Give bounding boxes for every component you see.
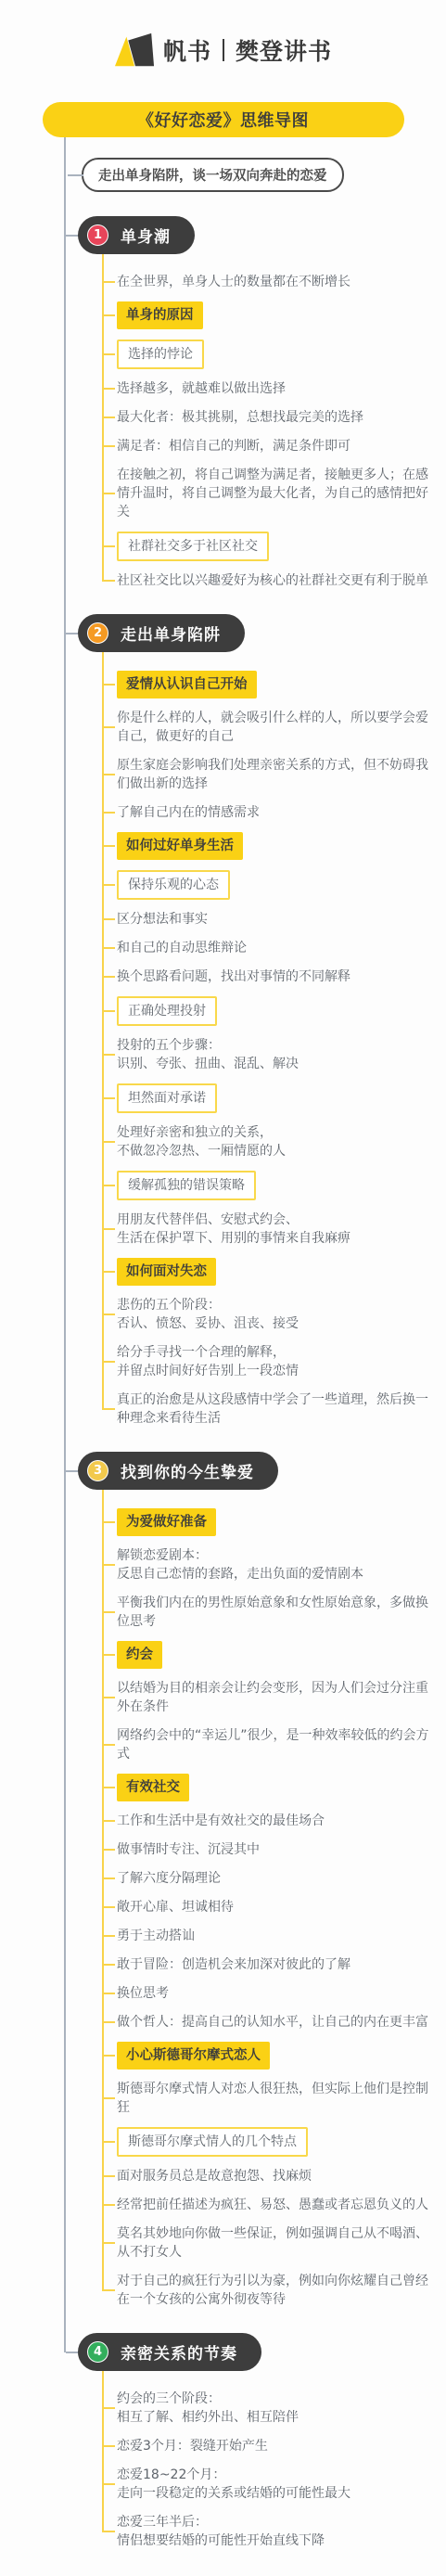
item-text: 换位思考 <box>117 1986 169 2001</box>
section-children: 约会的三个阶段： 相互了解、相约外出、相互陪伴恋爱3个月：裂缝开始产生恋爱18~… <box>102 2390 429 2550</box>
mindmap-item: 了解六度分隔理论 <box>117 1869 429 1888</box>
mindmap-item: 给分手寻找一个合理的解释， 并留点时间好好告别上一段恋情 <box>117 1343 429 1380</box>
section-3: 3找到你的今生挚爱为爱做好准备解锁恋爱剧本： 反思自己恋情的套路，走出负面的爱情… <box>0 1452 446 2309</box>
item-text: 莫名其妙地向你做一些保证，例如强调自己从不喝酒、从不打女人 <box>117 2226 428 2260</box>
item-text: 悲伤的五个阶段： 否认、愤怒、妥协、沮丧、接受 <box>117 1298 299 1331</box>
mindmap-item: 如何面对失恋 <box>117 1258 429 1286</box>
item-text: 投射的五个步骤： 识别、夸张、扭曲、混乱、解决 <box>117 1038 299 1071</box>
branch-connector-line <box>102 2371 104 2531</box>
branch-connector-line <box>102 1490 104 2290</box>
section-title: 找到你的今生挚爱 <box>121 1459 254 1482</box>
section-pill-1: 1单身潮 <box>78 216 195 254</box>
item-text: 斯德哥尔摩式情人对恋人很狂热，但实际上他们是控制狂 <box>117 2082 428 2115</box>
book-logo-icon <box>114 32 155 69</box>
item-text: 以结婚为目的相亲会让约会变形，因为人们会过分注重外在条件 <box>117 1681 428 1714</box>
item-text: 满足者：相信自己的判断，满足条件即可 <box>117 439 350 454</box>
item-text: 了解自己内在的情感需求 <box>117 805 260 820</box>
brand-name-secondary: 樊登讲书 <box>236 33 332 67</box>
item-text: 面对服务员总是故意抱怨、找麻烦 <box>117 2169 312 2184</box>
item-text: 在接触之初，将自己调整为满足者，接触更多人；在感情升温时，将自己调整为最大化者，… <box>117 468 428 519</box>
mindmap-item: 满足者：相信自己的判断，满足条件即可 <box>117 437 429 455</box>
section-children: 爱情从认识自己开始你是什么样的人，就会吸引什么样的人，所以要学会爱自己，做更好的… <box>102 671 429 1428</box>
mindmap-item: 网络约会中的“幸运儿”很少，是一种效率较低的约会方式 <box>117 1726 429 1763</box>
mindmap-item: 以结婚为目的相亲会让约会变形，因为人们会过分注重外在条件 <box>117 1679 429 1716</box>
item-text: 恋爱3个月：裂缝开始产生 <box>117 2439 268 2454</box>
mindmap-item: 坦然面对承诺 <box>117 1083 429 1113</box>
section-title: 亲密关系的节奏 <box>121 2340 237 2364</box>
item-text: 选择的悖论 <box>117 340 204 369</box>
mindmap-item: 斯德哥尔摩式情人的几个特点 <box>117 2127 429 2157</box>
section-1: 1单身潮在全世界，单身人士的数量都在不断增长单身的原因选择的悖论选择越多，就越难… <box>0 216 446 590</box>
item-text: 敢于冒险：创造机会来加深对彼此的了解 <box>117 1957 350 1972</box>
mindmap-item: 解锁恋爱剧本： 反思自己恋情的套路，走出负面的爱情剧本 <box>117 1546 429 1583</box>
mindmap-item: 换位思考 <box>117 1984 429 2003</box>
item-text: 选择越多，就越难以做出选择 <box>117 381 286 396</box>
mindmap-item: 莫名其妙地向你做一些保证，例如强调自己从不喝酒、从不打女人 <box>117 2224 429 2262</box>
section-number-badge: 2 <box>87 622 108 644</box>
item-text: 斯德哥尔摩式情人的几个特点 <box>117 2127 308 2157</box>
mindmap-item: 恋爱三年半后： 情侣想要结婚的可能性开始直线下降 <box>117 2513 429 2550</box>
section-2: 2走出单身陷阱爱情从认识自己开始你是什么样的人，就会吸引什么样的人，所以要学会爱… <box>0 614 446 1428</box>
mindmap-item: 约会的三个阶段： 相互了解、相约外出、相互陪伴 <box>117 2390 429 2427</box>
mindmap-item: 经常把前任描述为疯狂、易怒、愚蠢或者忘恩负义的人 <box>117 2196 429 2214</box>
mindmap-item: 社区社交比以兴趣爱好为核心的社群社交更有利于脱单 <box>117 571 429 590</box>
item-text: 缓解孤独的错误策略 <box>117 1171 256 1200</box>
item-text: 爱情从认识自己开始 <box>117 671 257 698</box>
mindmap-item: 处理好亲密和独立的关系， 不做忽冷忽热、一厢情愿的人 <box>117 1123 429 1160</box>
section-pill-2: 2走出单身陷阱 <box>78 614 245 652</box>
item-text: 小心斯德哥尔摩式恋人 <box>117 2042 270 2070</box>
mindmap-item: 换个思路看问题，找出对事情的不同解释 <box>117 968 429 986</box>
mindmap-item: 小心斯德哥尔摩式恋人 <box>117 2042 429 2070</box>
mindmap-item: 如何过好单身生活 <box>117 832 429 860</box>
section-title: 走出单身陷阱 <box>121 622 221 645</box>
item-text: 和自己的自动思维辩论 <box>117 941 247 955</box>
item-text: 为爱做好准备 <box>117 1508 216 1536</box>
item-text: 社群社交多于社区社交 <box>117 532 269 561</box>
item-text: 真正的治愈是从这段感情中学会了一些道理，然后换一种理念来看待生活 <box>117 1392 428 1426</box>
item-text: 你是什么样的人，就会吸引什么样的人，所以要学会爱自己，做更好的自己 <box>117 711 428 744</box>
item-text: 恋爱18~22个月： 走向一段稳定的关系或结婚的可能性最大 <box>117 2467 350 2501</box>
mindmap-item: 缓解孤独的错误策略 <box>117 1171 429 1200</box>
item-text: 用朋友代替伴侣、安慰式约会、 生活在保护罩下、用别的事情来自我麻痹 <box>117 1212 350 1246</box>
item-text: 单身的原因 <box>117 301 203 329</box>
item-text: 换个思路看问题，找出对事情的不同解释 <box>117 969 350 984</box>
item-text: 社区社交比以兴趣爱好为核心的社群社交更有利于脱单 <box>117 573 428 588</box>
mindmap-item: 工作和生活中是有效社交的最佳场合 <box>117 1812 429 1830</box>
mindmap-item: 有效社交 <box>117 1774 429 1801</box>
section-title: 单身潮 <box>121 224 171 247</box>
mindmap-item: 为爱做好准备 <box>117 1508 429 1536</box>
mindmap-item: 社群社交多于社区社交 <box>117 532 429 561</box>
item-text: 了解六度分隔理论 <box>117 1871 221 1886</box>
mindmap-item: 区分想法和事实 <box>117 910 429 929</box>
mindmap-item: 真正的治愈是从这段感情中学会了一些道理，然后换一种理念来看待生活 <box>117 1391 429 1428</box>
mindmap-subtitle: 走出单身陷阱，谈一场双向奔赴的恋爱 <box>82 158 344 192</box>
branch-connector-line <box>102 652 104 1409</box>
section-children: 为爱做好准备解锁恋爱剧本： 反思自己恋情的套路，走出负面的爱情剧本平衡我们内在的… <box>102 1508 429 2309</box>
sections-container: 1单身潮在全世界，单身人士的数量都在不断增长单身的原因选择的悖论选择越多，就越难… <box>0 216 446 2550</box>
mindmap-item: 了解自己内在的情感需求 <box>117 803 429 822</box>
mindmap-item: 对于自己的疯狂行为引以为豪，例如向你炫耀自己曾经在一个女孩的公寓外彻夜等待 <box>117 2272 429 2309</box>
item-text: 敞开心扉、坦诚相待 <box>117 1900 234 1915</box>
brand-name-primary: 帆书 <box>163 33 211 67</box>
mindmap-item: 原生家庭会影响我们处理亲密关系的方式，但不妨碍我们做出新的选择 <box>117 756 429 793</box>
mindmap-item: 投射的五个步骤： 识别、夸张、扭曲、混乱、解决 <box>117 1036 429 1073</box>
section-pill-4: 4亲密关系的节奏 <box>78 2333 261 2371</box>
mindmap-item: 单身的原因 <box>117 301 429 329</box>
item-text: 给分手寻找一个合理的解释， 并留点时间好好告别上一段恋情 <box>117 1345 299 1378</box>
section-number-badge: 4 <box>87 2341 108 2363</box>
mindmap-item: 选择的悖论 <box>117 340 429 369</box>
mindmap-item: 你是什么样的人，就会吸引什么样的人，所以要学会爱自己，做更好的自己 <box>117 709 429 746</box>
mindmap-item: 最大化者：极其挑剔，总想找最完美的选择 <box>117 408 429 427</box>
section-number-badge: 3 <box>87 1460 108 1481</box>
item-text: 保持乐观的心态 <box>117 870 230 900</box>
mindmap-item: 在全世界，单身人士的数量都在不断增长 <box>117 273 429 291</box>
mindmap-item: 和自己的自动思维辩论 <box>117 939 429 957</box>
mindmap-item: 做事情时专注、沉浸其中 <box>117 1840 429 1859</box>
mindmap-item: 面对服务员总是故意抱怨、找麻烦 <box>117 2167 429 2185</box>
item-text: 做事情时专注、沉浸其中 <box>117 1842 260 1857</box>
item-text: 在全世界，单身人士的数量都在不断增长 <box>117 275 350 289</box>
item-text: 如何过好单身生活 <box>117 832 243 860</box>
mindmap-item: 在接触之初，将自己调整为满足者，接触更多人；在感情升温时，将自己调整为最大化者，… <box>117 466 429 521</box>
mindmap-item: 保持乐观的心态 <box>117 870 429 900</box>
mindmap-item: 用朋友代替伴侣、安慰式约会、 生活在保护罩下、用别的事情来自我麻痹 <box>117 1211 429 1248</box>
mindmap-item: 敢于冒险：创造机会来加深对彼此的了解 <box>117 1955 429 1974</box>
mindmap-title: 《好好恋爱》思维导图 <box>43 102 404 137</box>
section-pill-3: 3找到你的今生挚爱 <box>78 1452 278 1490</box>
item-text: 原生家庭会影响我们处理亲密关系的方式，但不妨碍我们做出新的选择 <box>117 758 428 791</box>
item-text: 经常把前任描述为疯狂、易怒、愚蠢或者忘恩负义的人 <box>117 2198 428 2212</box>
mindmap-item: 做个哲人：提高自己的认知水平，让自己的内在更丰富 <box>117 2013 429 2031</box>
item-text: 做个哲人：提高自己的认知水平，让自己的内在更丰富 <box>117 2015 428 2030</box>
mindmap-item: 恋爱3个月：裂缝开始产生 <box>117 2437 429 2455</box>
item-text: 最大化者：极其挑剔，总想找最完美的选择 <box>117 410 363 425</box>
item-text: 有效社交 <box>117 1774 189 1801</box>
item-text: 如何面对失恋 <box>117 1258 216 1286</box>
mindmap-item: 选择越多，就越难以做出选择 <box>117 379 429 398</box>
mindmap-item: 爱情从认识自己开始 <box>117 671 429 698</box>
item-text: 坦然面对承诺 <box>117 1083 217 1113</box>
item-text: 约会的三个阶段： 相互了解、相约外出、相互陪伴 <box>117 2391 299 2425</box>
item-text: 勇于主动搭讪 <box>117 1929 195 1943</box>
mindmap-item: 勇于主动搭讪 <box>117 1927 429 1945</box>
mindmap-item: 约会 <box>117 1641 429 1669</box>
section-children: 在全世界，单身人士的数量都在不断增长单身的原因选择的悖论选择越多，就越难以做出选… <box>102 273 429 590</box>
mindmap-page: { "brand": { "logo_icon": "book-logo-ico… <box>0 0 446 2576</box>
item-text: 解锁恋爱剧本： 反思自己恋情的套路，走出负面的爱情剧本 <box>117 1548 363 1582</box>
mindmap-item: 悲伤的五个阶段： 否认、愤怒、妥协、沮丧、接受 <box>117 1296 429 1333</box>
item-text: 平衡我们内在的男性原始意象和女性原始意象，多做换位思考 <box>117 1596 428 1629</box>
spine-connector-line <box>64 137 66 2352</box>
item-text: 正确处理投射 <box>117 996 217 1026</box>
item-text: 处理好亲密和独立的关系， 不做忽冷忽热、一厢情愿的人 <box>117 1125 286 1159</box>
brand-header: 帆书 樊登讲书 <box>0 0 446 69</box>
item-text: 网络约会中的“幸运儿”很少，是一种效率较低的约会方式 <box>117 1728 429 1762</box>
mindmap-item: 恋爱18~22个月： 走向一段稳定的关系或结婚的可能性最大 <box>117 2466 429 2503</box>
item-text: 工作和生活中是有效社交的最佳场合 <box>117 1813 325 1828</box>
mindmap-item: 平衡我们内在的男性原始意象和女性原始意象，多做换位思考 <box>117 1594 429 1631</box>
item-text: 区分想法和事实 <box>117 912 208 927</box>
item-text: 对于自己的疯狂行为引以为豪，例如向你炫耀自己曾经在一个女孩的公寓外彻夜等待 <box>117 2274 428 2307</box>
item-text: 恋爱三年半后： 情侣想要结婚的可能性开始直线下降 <box>117 2515 325 2548</box>
brand-separator <box>223 39 224 61</box>
mindmap-item: 敞开心扉、坦诚相待 <box>117 1898 429 1916</box>
mindmap-item: 正确处理投射 <box>117 996 429 1026</box>
mindmap-item: 斯德哥尔摩式情人对恋人很狂热，但实际上他们是控制狂 <box>117 2080 429 2117</box>
bottom-spacer <box>0 2550 446 2576</box>
item-text: 约会 <box>117 1641 162 1669</box>
section-number-badge: 1 <box>87 224 108 246</box>
section-4: 4亲密关系的节奏约会的三个阶段： 相互了解、相约外出、相互陪伴恋爱3个月：裂缝开… <box>0 2333 446 2550</box>
